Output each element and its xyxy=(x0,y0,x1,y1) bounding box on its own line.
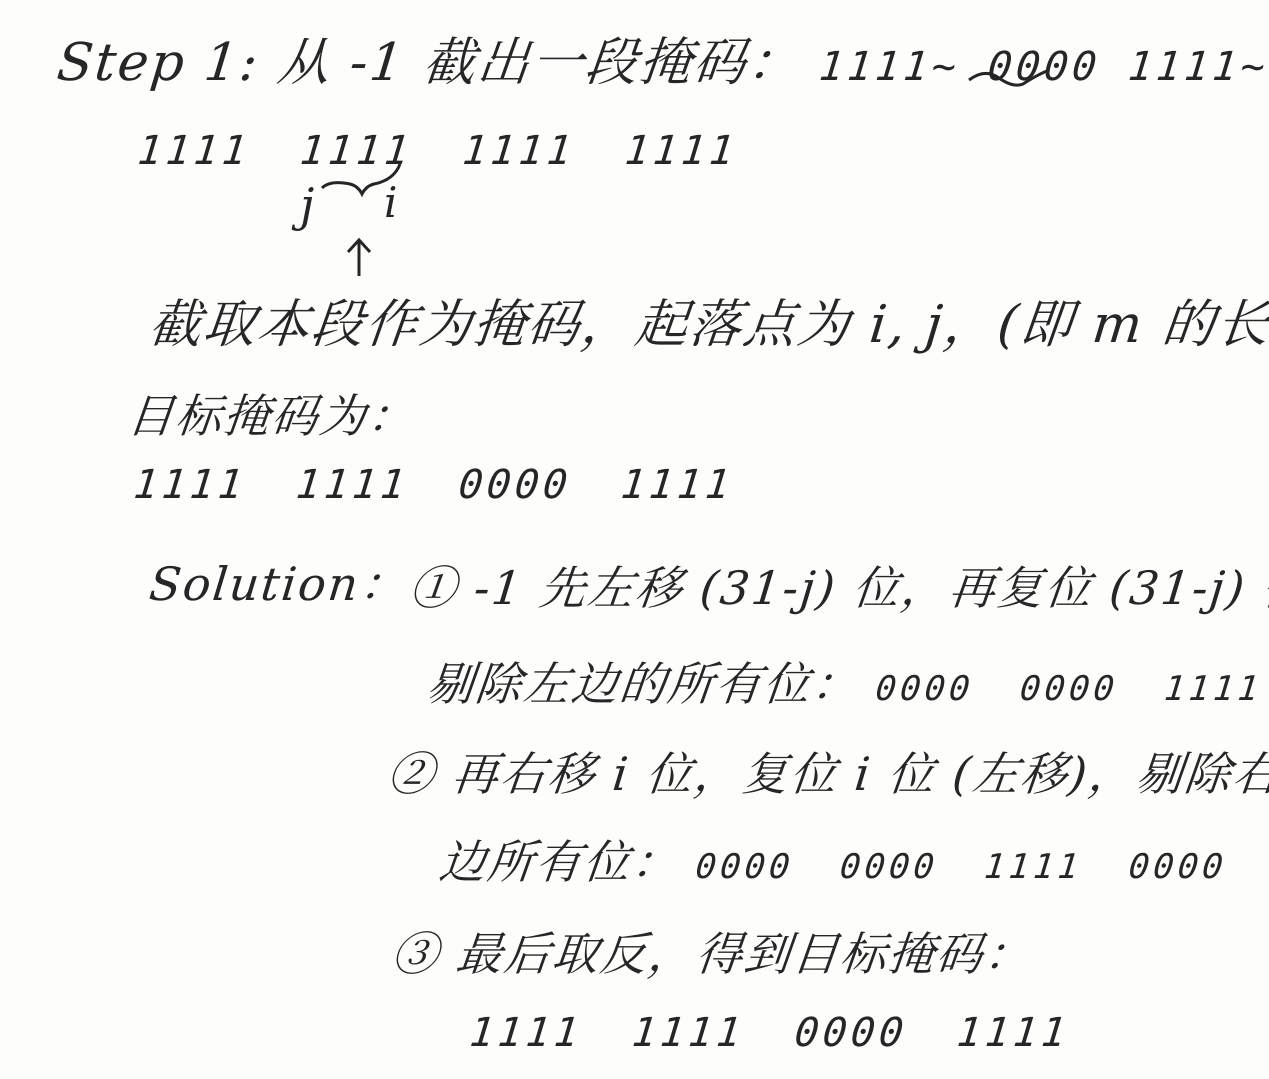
mask-ones-2: 1111~. xyxy=(1126,44,1269,90)
bit-group: 1111 xyxy=(136,128,253,174)
bit-group: 1111 xyxy=(623,128,740,174)
step1-heading: Step 1: 从 -1 截出一段掩码： 1111~ 0000 1111~. xyxy=(54,20,1269,95)
mask-ones-1: 1111~ xyxy=(817,44,962,90)
step1-line2-bits: 0000 0000 1111 1111 xyxy=(874,669,1269,709)
solution-step1-line2: 剔除左边的所有位： 0000 0000 1111 1111 xyxy=(425,648,1269,714)
bit-group: 1111 xyxy=(460,128,577,174)
solution-step2-line1: ② 再右移 i 位，复位 i 位 (左移)，剔除右 xyxy=(385,738,1269,804)
target-label: 目标掩码为： xyxy=(125,380,420,446)
bit-group: 0000 xyxy=(1127,847,1229,887)
bit-group: 0000 xyxy=(874,669,976,709)
bit-group: 0000 xyxy=(792,1010,909,1056)
label-j: j xyxy=(300,178,314,232)
solution-step2-line2: 边所有位： 0000 0000 1111 0000 xyxy=(437,826,1254,892)
solution-label: Solution： xyxy=(147,548,412,614)
step1-line2-text: 剔除左边的所有位： xyxy=(425,657,863,711)
bit-group: 0000 xyxy=(838,847,940,887)
bit-group: 1111 xyxy=(619,462,736,508)
bit-group: 0000 xyxy=(694,847,796,887)
step1-title: Step 1: 从 -1 截出一段掩码： xyxy=(54,33,804,93)
bit-group: 1111 xyxy=(955,1010,1072,1056)
bit-group: 1111 xyxy=(982,847,1084,887)
handwritten-note-page: Step 1: 从 -1 截出一段掩码： 1111~ 0000 1111~. 1… xyxy=(0,0,1269,1079)
step2-line2-text: 边所有位： xyxy=(437,835,683,889)
bit-group: 1111 xyxy=(132,462,249,508)
bit-group: 0000 xyxy=(1018,669,1120,709)
bit-group: 1111 xyxy=(1162,669,1264,709)
bit-group: 0000 xyxy=(456,462,573,508)
bit-group: 1111 xyxy=(468,1010,585,1056)
solution-step3-line1: ③ 最后取反，得到目标掩码： xyxy=(389,918,1037,984)
bit-group: 1111 xyxy=(630,1010,747,1056)
bit-group: 1111 xyxy=(294,462,411,508)
up-arrow-icon xyxy=(344,236,374,278)
label-i: i xyxy=(384,178,397,227)
solution-step1-line1: ① -1 先左移 (31-j) 位，再复位 (31-j) 位. xyxy=(407,552,1269,618)
explanation-text: 截取本段作为掩码，起落点为 i, j，(即 m 的长度) xyxy=(146,282,1269,357)
solution-step3-bits: 1111 1111 0000 1111 xyxy=(468,1010,1094,1056)
target-bits: 1111 1111 0000 1111 xyxy=(132,462,758,508)
wavy-underline-icon xyxy=(965,66,1060,96)
diagram-bits: 1111 1111 1111 1111 xyxy=(136,128,762,174)
step2-line2-bits: 0000 0000 1111 0000 xyxy=(694,847,1251,887)
